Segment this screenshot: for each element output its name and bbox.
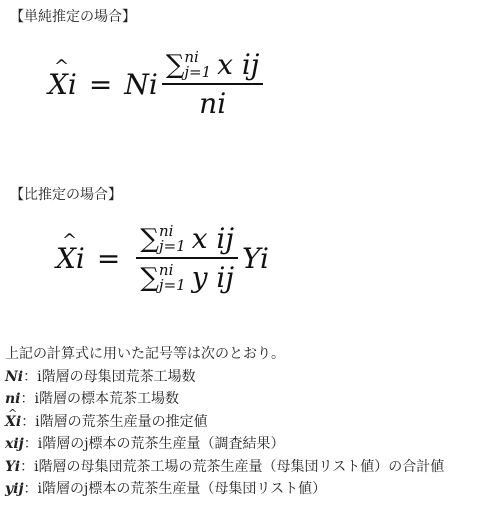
definitions-intro: 上記の計算式に用いた記号等は次のとおり。 — [5, 343, 444, 366]
definition-item: Yi：i階層の母集団荒茶工場の荒茶生産量（母集団リスト値）の合計値 — [5, 456, 444, 479]
sum-icon: ∑ — [166, 50, 185, 80]
definition-symbol: yij — [5, 481, 24, 497]
fraction-numerator: ∑ ni j=1 x ij — [162, 48, 264, 81]
definition-symbol: Ni — [5, 369, 23, 385]
formula-equals: = — [97, 242, 120, 275]
formula-simple-estimation: Xi = Ni ∑ ni j=1 x ij ni — [48, 48, 267, 120]
heading-ratio-estimation: 【比推定の場合】 — [10, 184, 122, 204]
formula-equals: = — [89, 68, 112, 101]
definition-symbol: Xi — [5, 411, 21, 434]
sum-icon: ∑ — [140, 224, 159, 254]
fraction: ∑ ni j=1 x ij ni — [162, 48, 264, 120]
definitions-list: 上記の計算式に用いた記号等は次のとおり。 Ni：i階層の母集団荒茶工場数 ni：… — [5, 343, 444, 501]
sum-limits: ni j=1 — [159, 263, 186, 293]
definition-text: ：i階層の荒茶生産量の推定値 — [21, 414, 207, 430]
sum-limits: ni j=1 — [159, 224, 186, 254]
definition-item: xij：i階層のj標本の荒茶生産量（調査結果） — [5, 433, 444, 456]
definition-item: yij：i階層のj標本の荒茶生産量（母集団リスト値） — [5, 478, 444, 501]
definition-item: ni：i階層の標本荒茶工場数 — [5, 388, 444, 411]
definition-text: ：i階層のj標本の荒茶生産量（調査結果） — [24, 436, 285, 452]
fraction-bar — [136, 257, 238, 259]
sum-lower: j=1 — [184, 65, 211, 80]
sum-limits: ni j=1 — [184, 50, 211, 80]
sum-icon: ∑ — [140, 263, 159, 293]
definition-text: ：i階層の母集団荒茶工場数 — [23, 369, 195, 385]
formula-ratio-estimation: Xi = ∑ ni j=1 x ij ∑ ni j=1 y ij Yi — [56, 222, 269, 294]
sum-lower: j=1 — [159, 278, 186, 293]
definition-text: ：i階層のj標本の荒茶生産量（母集団リスト値） — [24, 481, 327, 497]
heading-simple-estimation: 【単純推定の場合】 — [10, 6, 136, 26]
formula-coef: Ni — [124, 68, 157, 101]
formula-lhs: Xi — [56, 242, 85, 275]
formula-lhs: Xi — [48, 68, 77, 101]
fraction: ∑ ni j=1 x ij ∑ ni j=1 y ij — [136, 222, 238, 294]
fraction-bar — [162, 83, 264, 85]
definition-item: Xi：i階層の荒茶生産量の推定値 — [5, 411, 444, 434]
definition-symbol: xij — [5, 436, 24, 452]
sum-term: x ij — [192, 222, 234, 255]
fraction-numerator: ∑ ni j=1 x ij — [136, 222, 238, 255]
sum-lower: j=1 — [159, 239, 186, 254]
formula-factor: Yi — [242, 242, 269, 275]
sum-term: x ij — [217, 48, 259, 81]
definition-text: ：i階層の母集団荒茶工場の荒茶生産量（母集団リスト値）の合計値 — [20, 459, 444, 475]
definition-symbol: Yi — [5, 459, 20, 475]
definition-text: ：i階層の標本荒茶工場数 — [21, 391, 179, 407]
definition-item: Ni：i階層の母集団荒茶工場数 — [5, 366, 444, 389]
fraction-denominator: ni — [195, 87, 230, 120]
sum-term: y ij — [192, 261, 234, 294]
fraction-denominator: ∑ ni j=1 y ij — [136, 261, 238, 294]
